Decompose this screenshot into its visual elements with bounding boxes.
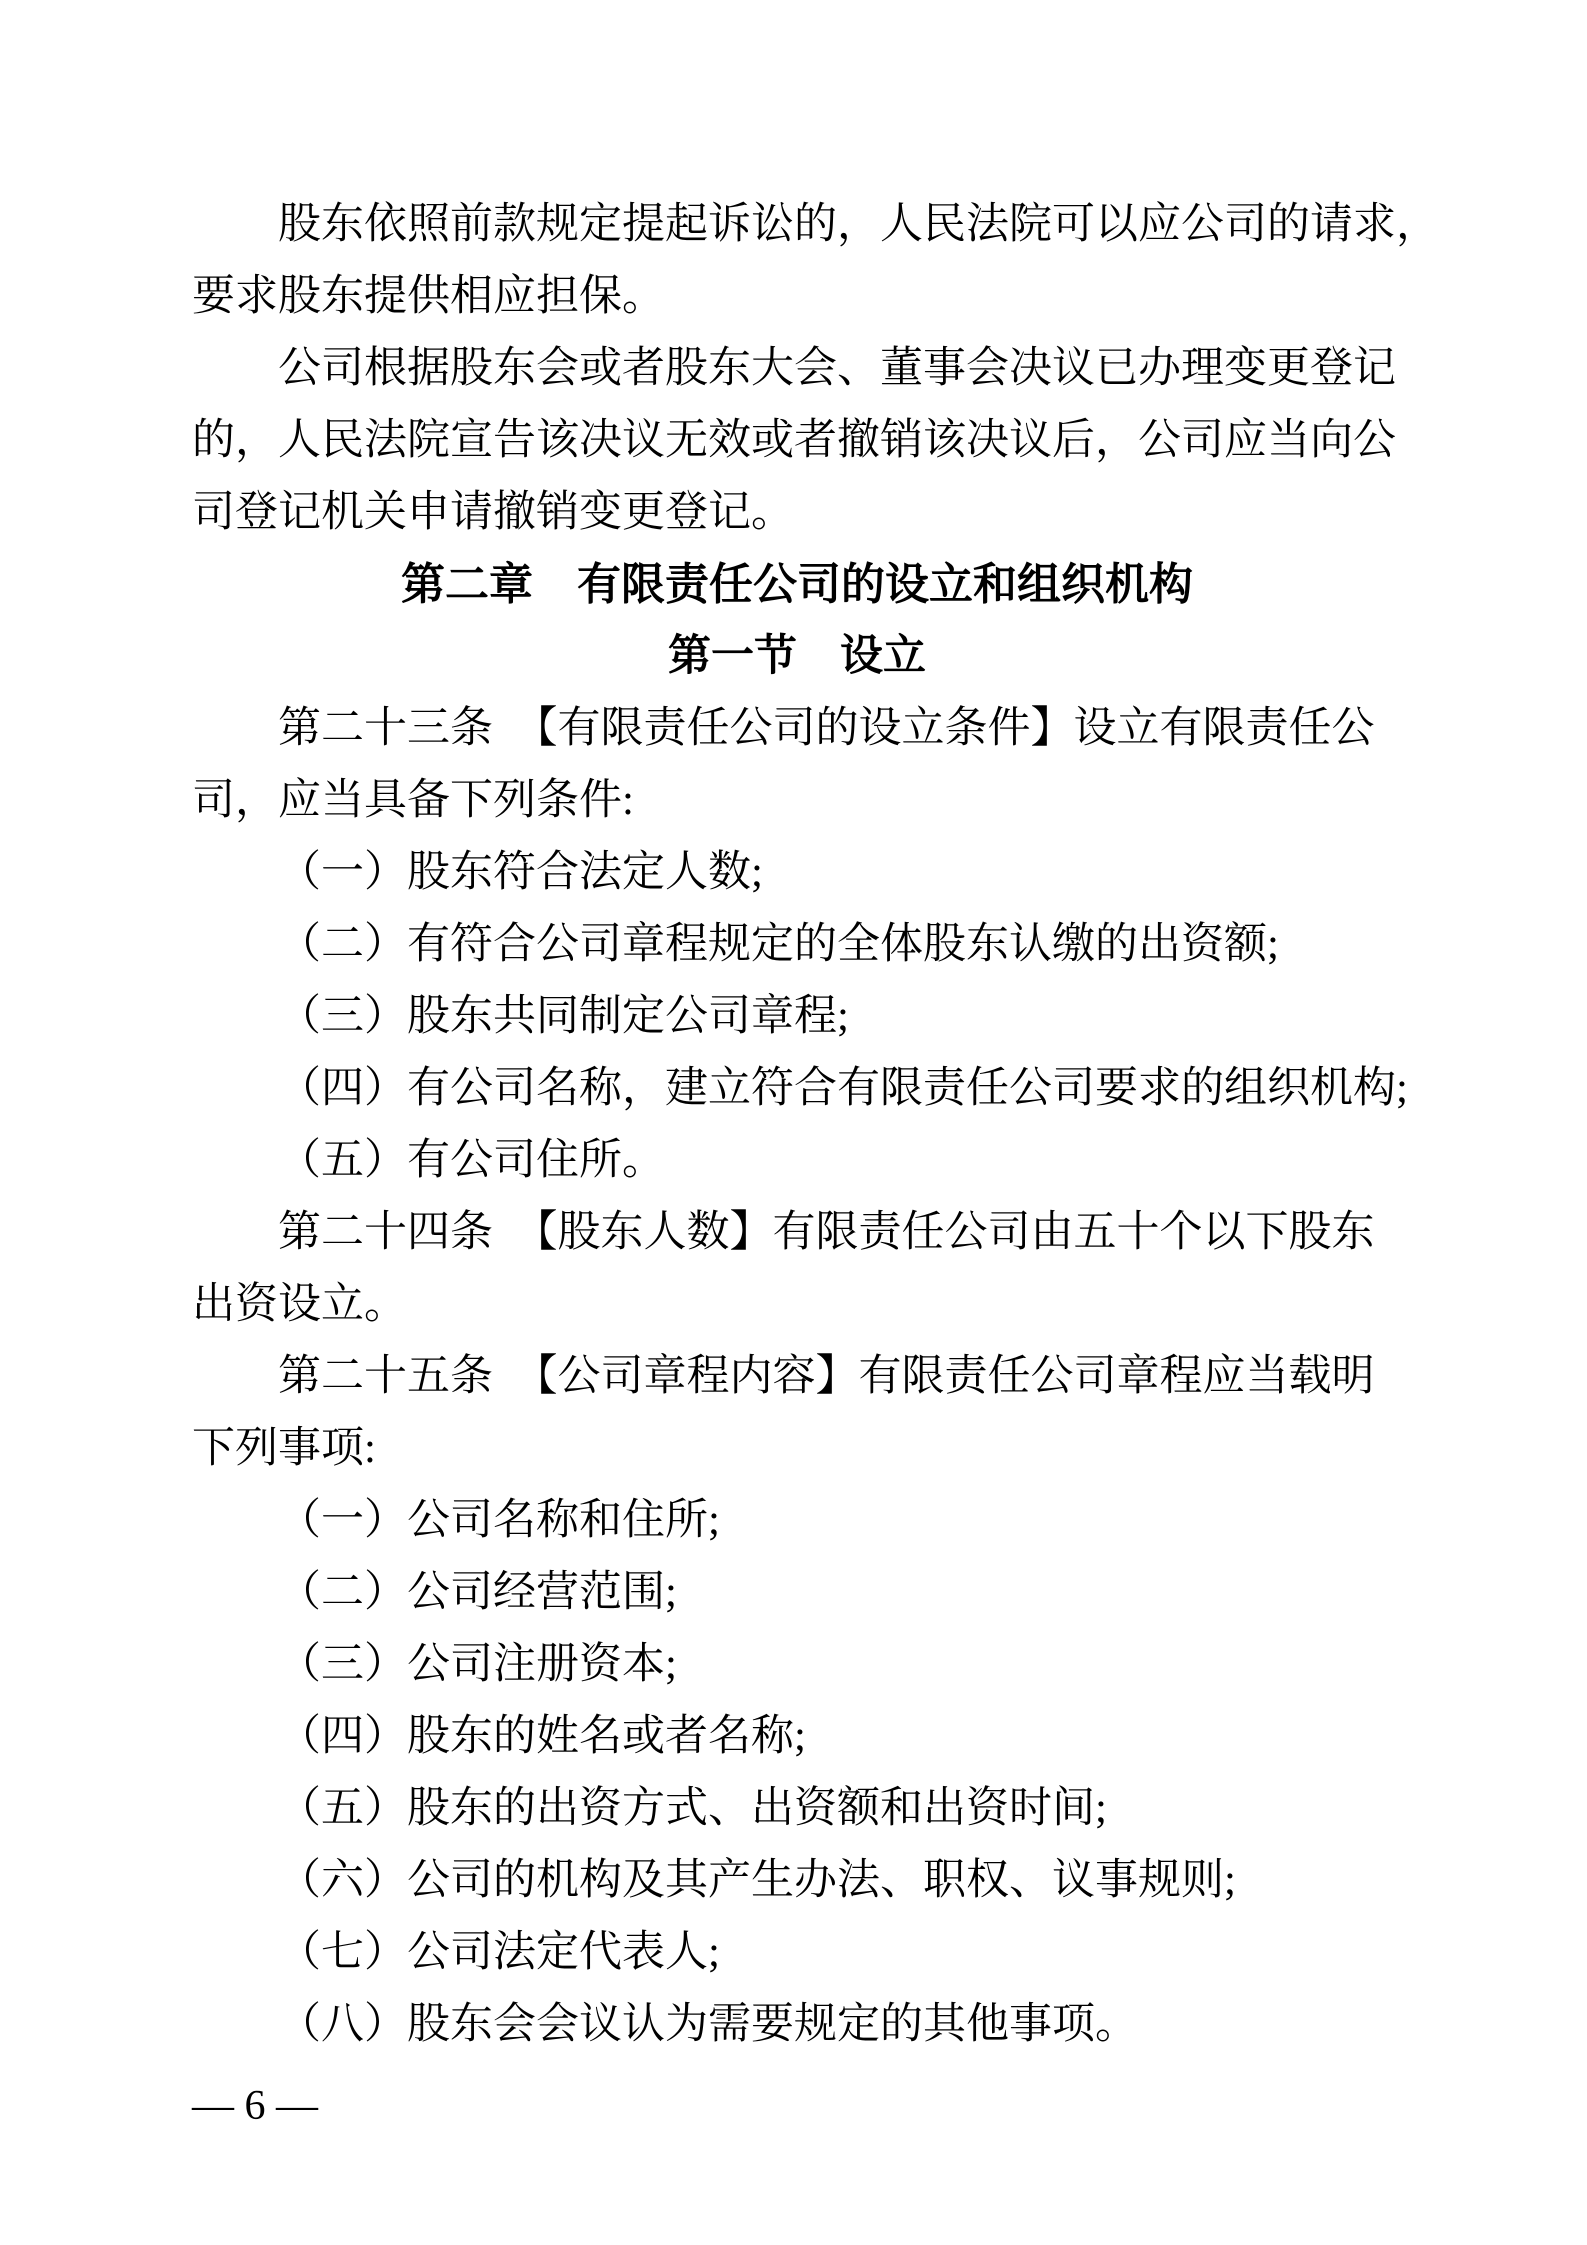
article-line: 第二十四条 【股东人数】有限责任公司由五十个以下股东 [192,1197,1402,1269]
article-line: 第二十三条 【有限责任公司的设立条件】设立有限责任公 [192,693,1402,765]
article-line: 司，应当具备下列条件: [192,765,1402,837]
document-body: 股东依照前款规定提起诉讼的，人民法院可以应公司的请求，要求股东提供相应担保。公司… [192,189,1402,2061]
article-line: 出资设立。 [192,1269,1402,1341]
list-item: （一）股东符合法定人数; [192,837,1402,909]
list-item: （一）公司名称和住所; [192,1485,1402,1557]
list-item: （六）公司的机构及其产生办法、职权、议事规则; [192,1845,1402,1917]
list-item: （四）有公司名称，建立符合有限责任公司要求的组织机构; [192,1053,1402,1125]
list-item: （二）有符合公司章程规定的全体股东认缴的出资额; [192,909,1402,981]
article-line: 下列事项: [192,1413,1402,1485]
list-item: （七）公司法定代表人; [192,1917,1402,1989]
section-heading: 第一节 设立 [192,621,1402,693]
list-item: （八）股东会会议认为需要规定的其他事项。 [192,1989,1402,2061]
list-item: （四）股东的姓名或者名称; [192,1701,1402,1773]
paragraph-line: 要求股东提供相应担保。 [192,261,1402,333]
page-number: — 6 — [192,2070,318,2142]
paragraph-line: 司登记机关申请撤销变更登记。 [192,477,1402,549]
document-page: 股东依照前款规定提起诉讼的，人民法院可以应公司的请求，要求股东提供相应担保。公司… [0,0,1587,2245]
article-line: 第二十五条 【公司章程内容】有限责任公司章程应当载明 [192,1341,1402,1413]
list-item: （三）股东共同制定公司章程; [192,981,1402,1053]
paragraph-line: 的，人民法院宣告该决议无效或者撤销该决议后，公司应当向公 [192,405,1402,477]
paragraph-line: 公司根据股东会或者股东大会、董事会决议已办理变更登记 [192,333,1402,405]
list-item: （二）公司经营范围; [192,1557,1402,1629]
list-item: （三）公司注册资本; [192,1629,1402,1701]
paragraph-line: 股东依照前款规定提起诉讼的，人民法院可以应公司的请求， [192,189,1402,261]
chapter-heading: 第二章 有限责任公司的设立和组织机构 [192,549,1402,621]
list-item: （五）股东的出资方式、出资额和出资时间; [192,1773,1402,1845]
list-item: （五）有公司住所。 [192,1125,1402,1197]
